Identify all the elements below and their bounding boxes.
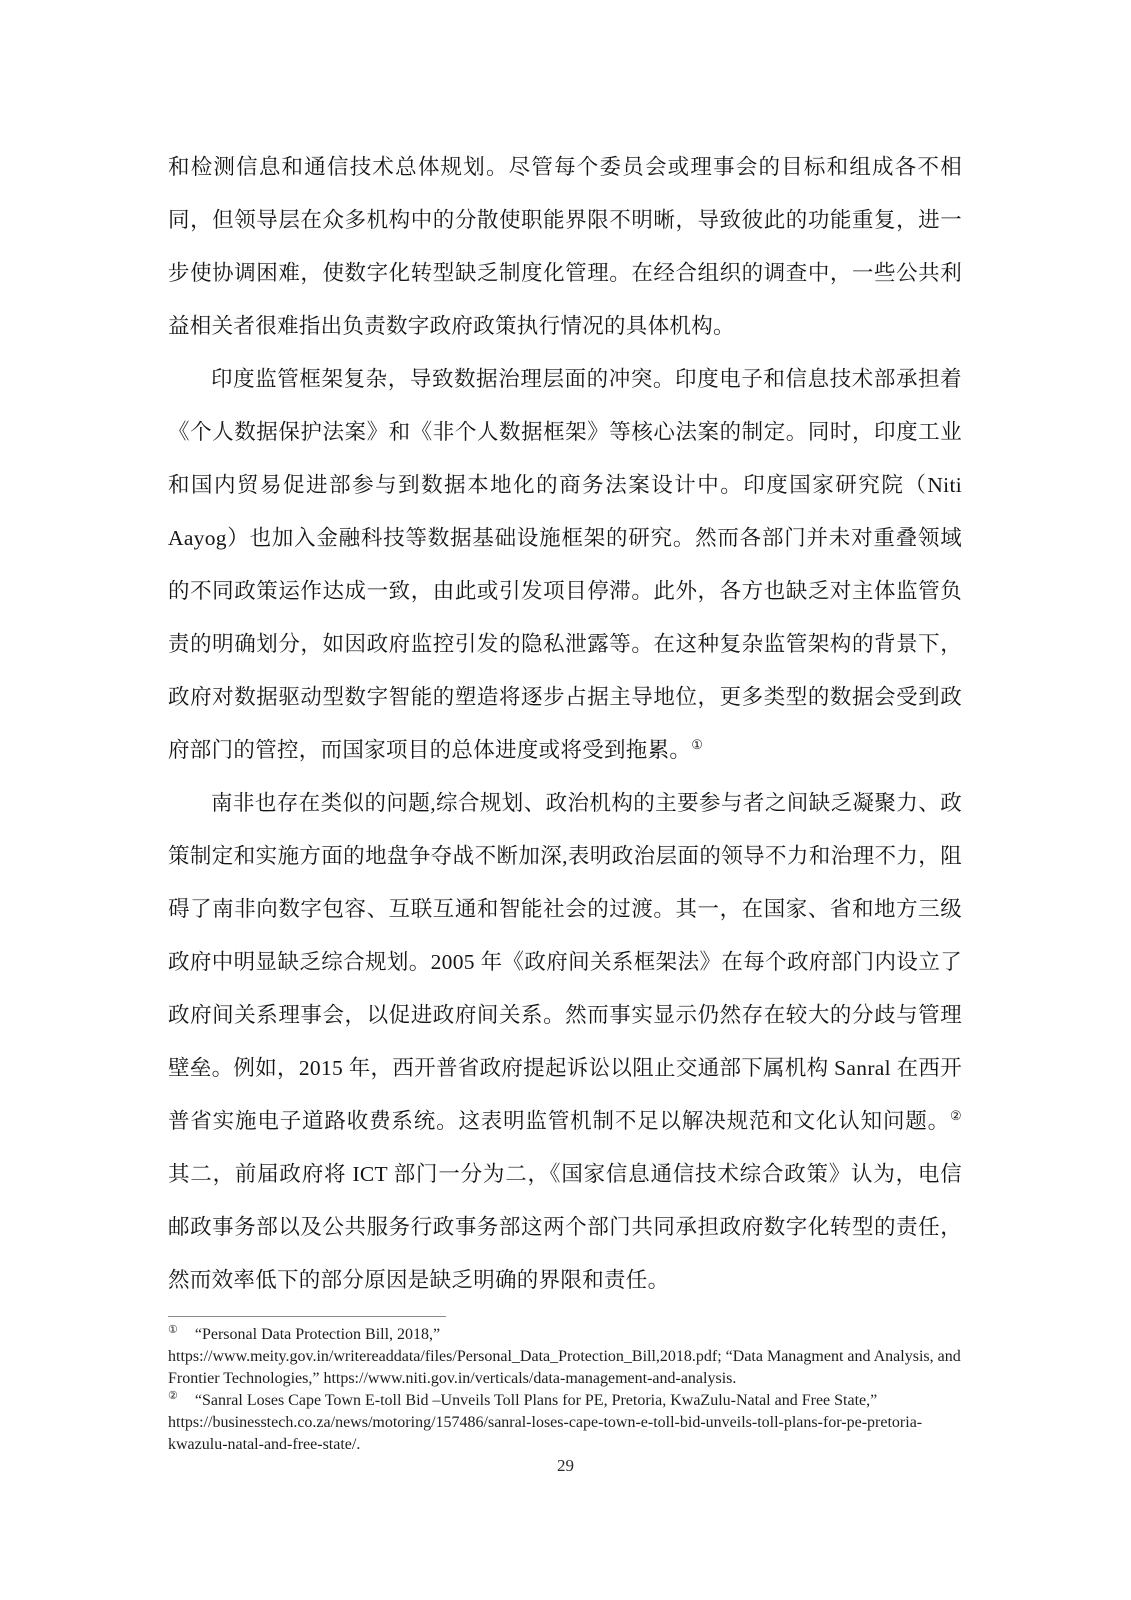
- paragraph-1-text: 和检测信息和通信技术总体规划。尽管每个委员会或理事会的目标和组成各不相同，但领导…: [168, 155, 962, 338]
- paragraph-1: 和检测信息和通信技术总体规划。尽管每个委员会或理事会的目标和组成各不相同，但领导…: [168, 141, 962, 353]
- footnote-1: ①“Personal Data Protection Bill, 2018,”h…: [168, 1324, 964, 1390]
- paragraph-2-text: 印度监管框架复杂，导致数据治理层面的冲突。印度电子和信息技术部承担着《个人数据保…: [168, 367, 962, 762]
- paragraph-3-text-a: 南非也存在类似的问题,综合规划、政治机构的主要参与者之间缺乏凝聚力、政策制定和实…: [168, 791, 962, 1133]
- footnote-2: ②“Sanral Loses Cape Town E-toll Bid –Unv…: [168, 1390, 964, 1456]
- paragraph-2: 印度监管框架复杂，导致数据治理层面的冲突。印度电子和信息技术部承担着《个人数据保…: [168, 353, 962, 777]
- footnote-ref-2: ②: [950, 1108, 962, 1123]
- footnote-ref-1: ①: [691, 737, 703, 752]
- footnote-1-title: “Personal Data Protection Bill, 2018,”: [195, 1326, 440, 1343]
- footnote-2-marker: ②: [168, 1390, 178, 1402]
- document-page: 和检测信息和通信技术总体规划。尽管每个委员会或理事会的目标和组成各不相同，但领导…: [0, 0, 1131, 1600]
- document-body: 和检测信息和通信技术总体规划。尽管每个委员会或理事会的目标和组成各不相同，但领导…: [168, 141, 962, 1307]
- page-number: 29: [0, 1456, 1131, 1476]
- footnotes-section: ①“Personal Data Protection Bill, 2018,”h…: [168, 1316, 964, 1456]
- footnote-divider: [168, 1316, 446, 1317]
- footnote-2-title: “Sanral Loses Cape Town E-toll Bid –Unve…: [195, 1392, 877, 1409]
- footnote-2-body: https://businesstech.co.za/news/motoring…: [168, 1414, 922, 1453]
- paragraph-3: 南非也存在类似的问题,综合规划、政治机构的主要参与者之间缺乏凝聚力、政策制定和实…: [168, 777, 962, 1307]
- paragraph-3-text-b: 其二，前届政府将 ICT 部门一分为二，《国家信息通信技术综合政策》认为，电信邮…: [168, 1162, 962, 1292]
- footnote-1-marker: ①: [168, 1324, 178, 1336]
- footnote-1-body: https://www.meity.gov.in/writereaddata/f…: [168, 1348, 961, 1387]
